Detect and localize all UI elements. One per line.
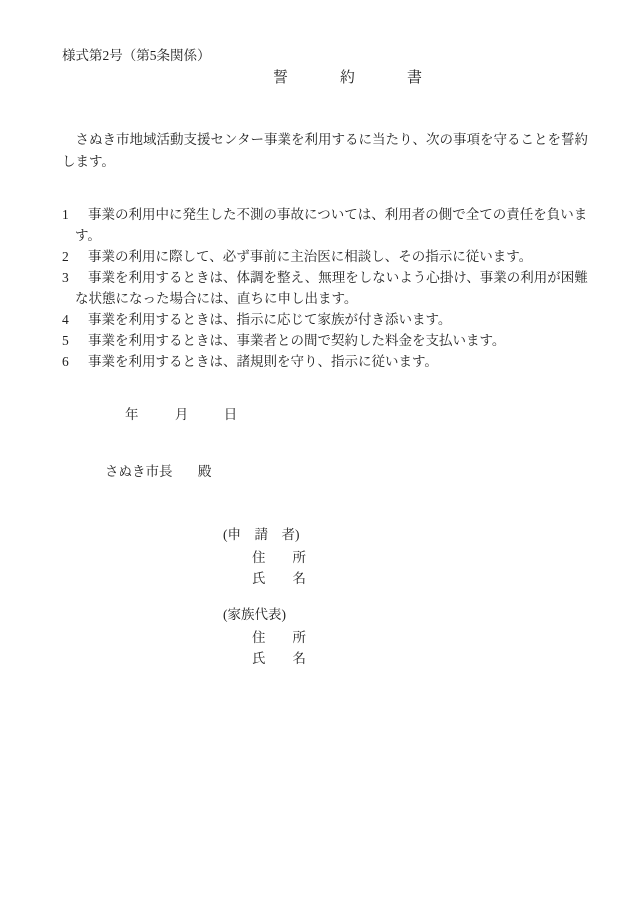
- applicant-address-label: 住 所: [252, 550, 306, 565]
- form-number: 様式第2号（第5条関係）: [62, 45, 211, 66]
- pledge-item-4: 4事業を利用するときは、指示に応じて家族が付き添います。: [62, 309, 592, 330]
- applicant-name-label: 氏 名: [252, 571, 306, 586]
- item-number: 1: [62, 204, 88, 225]
- family-name-label: 氏 名: [252, 651, 306, 666]
- item-text: 事業の利用に際して、必ず事前に主治医に相談し、その指示に従います。: [88, 249, 532, 264]
- item-number: 3: [62, 267, 88, 288]
- month-label: 月: [175, 407, 189, 422]
- addressee-line: さぬき市長 殿: [105, 461, 211, 482]
- item-text: 事業を利用するときは、諸規則を守り、指示に従います。: [88, 354, 438, 369]
- document-title: 誓約書: [273, 68, 474, 89]
- applicant-block: (申 請 者) 住 所 氏 名: [223, 524, 306, 589]
- item-text: 事業を利用するときは、指示に応じて家族が付き添います。: [88, 312, 451, 327]
- pledge-item-3: 3事業を利用するときは、体調を整え、無理をしないよう心掛け、事業の利用が困難な状…: [62, 267, 592, 309]
- item-number: 6: [62, 351, 88, 372]
- family-name-row: 氏 名: [223, 648, 306, 669]
- pledge-item-2: 2事業の利用に際して、必ず事前に主治医に相談し、その指示に従います。: [62, 246, 592, 267]
- item-text: 事業を利用するときは、体調を整え、無理をしないよう心掛け、事業の利用が困難な状態…: [75, 270, 588, 306]
- applicant-address-row: 住 所: [223, 547, 306, 568]
- item-text: 事業を利用するときは、事業者との間で契約した料金を支払います。: [88, 333, 505, 348]
- pledge-item-5: 5事業を利用するときは、事業者との間で契約した料金を支払います。: [62, 330, 592, 351]
- family-address-label: 住 所: [252, 630, 306, 645]
- pledge-document-page: 様式第2号（第5条関係） 誓約書 さぬき市地域活動支援センター事業を利用するに当…: [0, 0, 630, 903]
- item-text: 事業の利用中に発生した不測の事故については、利用者の側で全ての責任を負います。: [75, 207, 587, 243]
- family-heading: (家族代表): [223, 604, 306, 625]
- addressee-honorific: 殿: [198, 464, 212, 479]
- item-number: 2: [62, 246, 88, 267]
- date-line: 年 月 日: [125, 404, 237, 425]
- pledge-item-1: 1事業の利用中に発生した不測の事故については、利用者の側で全ての責任を負います。: [62, 204, 592, 246]
- family-address-row: 住 所: [223, 627, 306, 648]
- day-label: 日: [224, 407, 238, 422]
- intro-paragraph: さぬき市地域活動支援センター事業を利用するに当たり、次の事項を守ることを誓約しま…: [62, 129, 592, 173]
- applicant-name-row: 氏 名: [223, 568, 306, 589]
- family-representative-block: (家族代表) 住 所 氏 名: [223, 604, 306, 669]
- applicant-heading: (申 請 者): [223, 524, 306, 545]
- item-number: 4: [62, 309, 88, 330]
- addressee-name: さぬき市長: [105, 464, 173, 479]
- pledge-items-list: 1事業の利用中に発生した不測の事故については、利用者の側で全ての責任を負います。…: [62, 204, 592, 372]
- year-label: 年: [125, 407, 139, 422]
- item-number: 5: [62, 330, 88, 351]
- pledge-item-6: 6事業を利用するときは、諸規則を守り、指示に従います。: [62, 351, 592, 372]
